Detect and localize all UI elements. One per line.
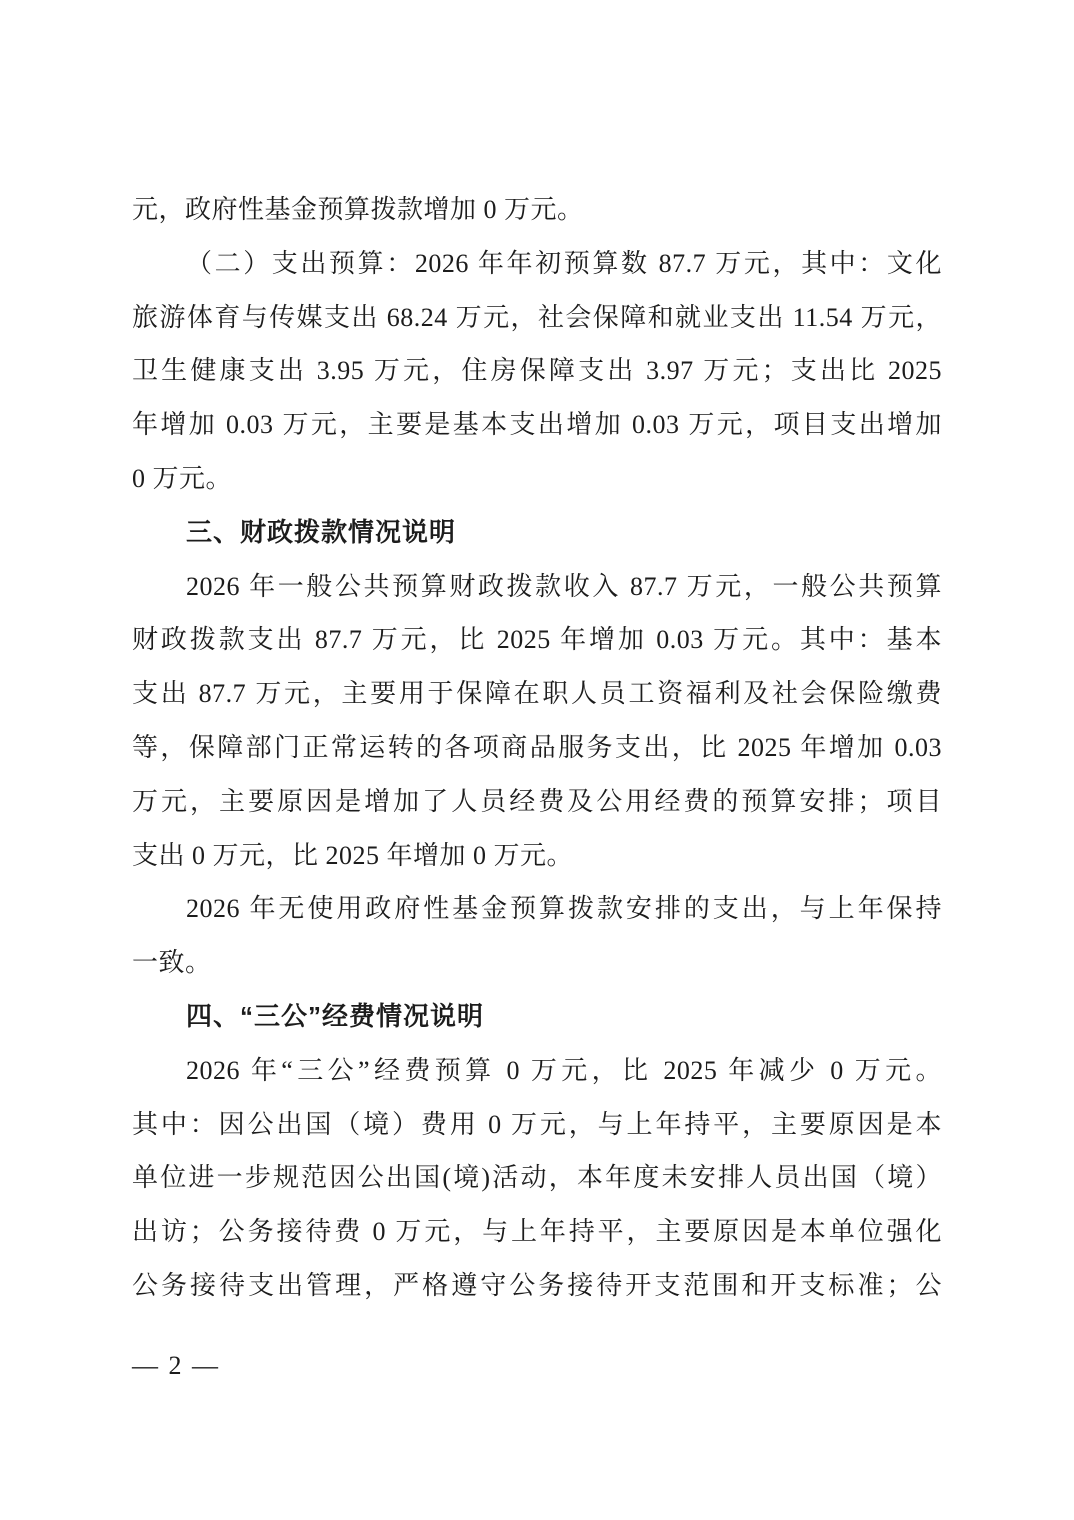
text-line: 2026 年无使用政府性基金预算拨款安排的支出，与上年保持 xyxy=(132,882,942,936)
text-line: 支出 87.7 万元，主要用于保障在职人员工资福利及社会保险缴费 xyxy=(132,667,942,721)
text-line: （二）支出预算：2026 年年初预算数 87.7 万元，其中：文化 xyxy=(132,237,942,291)
text-line: 元，政府性基金预算拨款增加 0 万元。 xyxy=(132,183,942,237)
text-line: 2026 年一般公共预算财政拨款收入 87.7 万元，一般公共预算 xyxy=(132,560,942,614)
page-number: — 2 — xyxy=(132,1351,220,1380)
text-line: 出访；公务接待费 0 万元，与上年持平，主要原因是本单位强化 xyxy=(132,1205,942,1259)
text-line: 0 万元。 xyxy=(132,452,942,506)
text-line: 支出 0 万元，比 2025 年增加 0 万元。 xyxy=(132,829,942,883)
section-heading: 三、财政拨款情况说明 xyxy=(132,506,942,560)
text-line: 一致。 xyxy=(132,936,942,990)
text-line: 年增加 0.03 万元，主要是基本支出增加 0.03 万元，项目支出增加 xyxy=(132,398,942,452)
page-footer: — 2 — xyxy=(132,1346,220,1386)
text-line: 等，保障部门正常运转的各项商品服务支出，比 2025 年增加 0.03 xyxy=(132,721,942,775)
text-line: 旅游体育与传媒支出 68.24 万元，社会保障和就业支出 11.54 万元， xyxy=(132,291,942,345)
document-body: 元，政府性基金预算拨款增加 0 万元。（二）支出预算：2026 年年初预算数 8… xyxy=(132,183,942,1313)
document-page: 元，政府性基金预算拨款增加 0 万元。（二）支出预算：2026 年年初预算数 8… xyxy=(0,0,1074,1520)
text-line: 财政拨款支出 87.7 万元，比 2025 年增加 0.03 万元。其中：基本 xyxy=(132,613,942,667)
text-line: 其中：因公出国（境）费用 0 万元，与上年持平，主要原因是本 xyxy=(132,1098,942,1152)
text-line: 2026 年“三公”经费预算 0 万元，比 2025 年减少 0 万元。 xyxy=(132,1044,942,1098)
section-heading: 四、“三公”经费情况说明 xyxy=(132,990,942,1044)
text-line: 公务接待支出管理，严格遵守公务接待开支范围和开支标准；公 xyxy=(132,1259,942,1313)
text-line: 万元，主要原因是增加了人员经费及公用经费的预算安排；项目 xyxy=(132,775,942,829)
text-line: 卫生健康支出 3.95 万元，住房保障支出 3.97 万元；支出比 2025 xyxy=(132,344,942,398)
text-line: 单位进一步规范因公出国(境)活动，本年度未安排人员出国（境） xyxy=(132,1151,942,1205)
